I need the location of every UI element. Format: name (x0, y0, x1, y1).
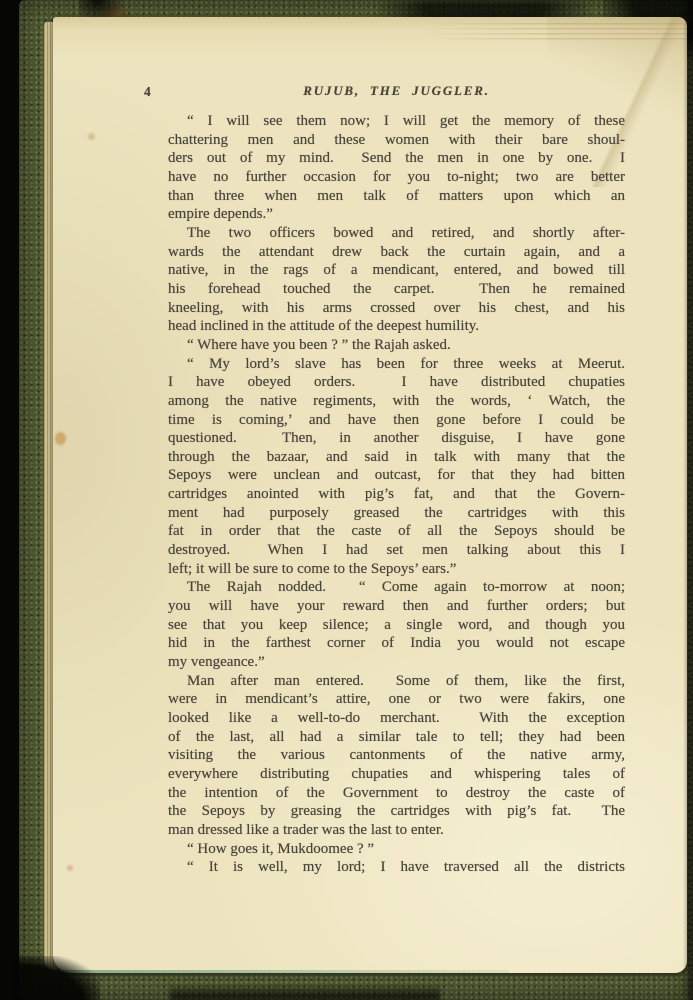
text-line: cartridges anointed with pig’s fat, and … (168, 485, 625, 504)
text-line: Man after man entered. Some of them, lik… (168, 672, 625, 691)
page-text: “ I will see them now; I will get the me… (168, 112, 625, 877)
text-line: through the bazaar, and said in talk wit… (168, 448, 625, 467)
page-number: 4 (144, 84, 151, 100)
text-line: native, in the rags of a mendicant, ente… (168, 261, 625, 280)
text-line: see that you keep silence; a single word… (168, 616, 625, 635)
right-edge-shadow (683, 0, 693, 1000)
text-line: head inclined in the attitude of the dee… (168, 317, 625, 336)
text-line: “ I will see them now; I will get the me… (168, 112, 625, 131)
text-line: fat in order that the caste of all the S… (168, 522, 625, 541)
text-line: everywhere distributing chupaties and wh… (168, 765, 625, 784)
text-line: left; it will be sure to come to the Sep… (168, 560, 625, 579)
text-line: destroyed. When I had set men talking ab… (168, 541, 625, 560)
bottom-shadow-mid (170, 984, 440, 1000)
text-line: than three when men talk of matters upon… (168, 187, 625, 206)
running-header: RUJUB, THE JUGGLER. (168, 83, 625, 99)
text-line: kneeling, with his arms crossed over his… (168, 299, 625, 318)
book-page: 4 RUJUB, THE JUGGLER. “ I will see them … (53, 17, 687, 973)
text-line: you will have your reward then and furth… (168, 597, 625, 616)
text-line: The two officers bowed and retired, and … (168, 224, 625, 243)
text-line: among the native regiments, with the wor… (168, 392, 625, 411)
paragraph: “ It is well, my lord; I have traversed … (168, 858, 625, 877)
book-scan: 4 RUJUB, THE JUGGLER. “ I will see them … (0, 0, 693, 1000)
text-line: his forehead touched the carpet. Then he… (168, 280, 625, 299)
text-line: “ How goes it, Mukdoomee ? ” (168, 840, 625, 859)
text-line: hid in the farthest corner of India you … (168, 634, 625, 653)
page-bottom-edge (53, 970, 509, 973)
paragraph: “ My lord’s slave has been for three wee… (168, 355, 625, 579)
text-line: looked like a well-to-do merchant. With … (168, 709, 625, 728)
text-line: “ It is well, my lord; I have traversed … (168, 858, 625, 877)
text-line: my vengeance.” (168, 653, 625, 672)
text-line: time is coming,’ and have then gone befo… (168, 411, 625, 430)
text-line: man dressed like a trader was the last t… (168, 821, 625, 840)
text-line: questioned. Then, in another disguise, I… (168, 429, 625, 448)
foxing-spot (88, 133, 95, 140)
paragraph: Man after man entered. Some of them, lik… (168, 672, 625, 840)
text-line: ders out of my mind. Send the men in one… (168, 149, 625, 168)
paragraph: The Rajah nodded. “ Come again to-morrow… (168, 578, 625, 671)
page-header: 4 RUJUB, THE JUGGLER. (168, 83, 625, 103)
paragraph: The two officers bowed and retired, and … (168, 224, 625, 336)
text-line: were in mendicant’s attire, one or two w… (168, 690, 625, 709)
text-line: have no further occasion for you to-nigh… (168, 168, 625, 187)
text-line: visiting the various cantonments of the … (168, 746, 625, 765)
foxing-spot (55, 432, 66, 445)
text-line: “ Where have you been ? ” the Rajah aske… (168, 336, 625, 355)
text-line: chattering men and these women with thei… (168, 131, 625, 150)
text-line: the Sepoys by greasing the cartridges wi… (168, 802, 625, 821)
text-line: The Rajah nodded. “ Come again to-morrow… (168, 578, 625, 597)
text-line: the intention of the Government to destr… (168, 784, 625, 803)
text-line: “ My lord’s slave has been for three wee… (168, 355, 625, 374)
text-line: ment had purposely greased the cartridge… (168, 504, 625, 523)
foxing-spot (67, 865, 73, 871)
paragraph: “ How goes it, Mukdoomee ? ” (168, 840, 625, 859)
text-line: Sepoys were unclean and outcast, for tha… (168, 466, 625, 485)
paragraph: “ Where have you been ? ” the Rajah aske… (168, 336, 625, 355)
text-line: wards the attendant drew back the curtai… (168, 243, 625, 262)
paragraph: “ I will see them now; I will get the me… (168, 112, 625, 224)
bottom-shadow-left (14, 956, 100, 1000)
text-line: I have obeyed orders. I have distributed… (168, 373, 625, 392)
text-line: of the last, all had a similar tale to t… (168, 728, 625, 747)
page-content: 4 RUJUB, THE JUGGLER. “ I will see them … (168, 83, 625, 877)
text-line: empire depends.” (168, 205, 625, 224)
